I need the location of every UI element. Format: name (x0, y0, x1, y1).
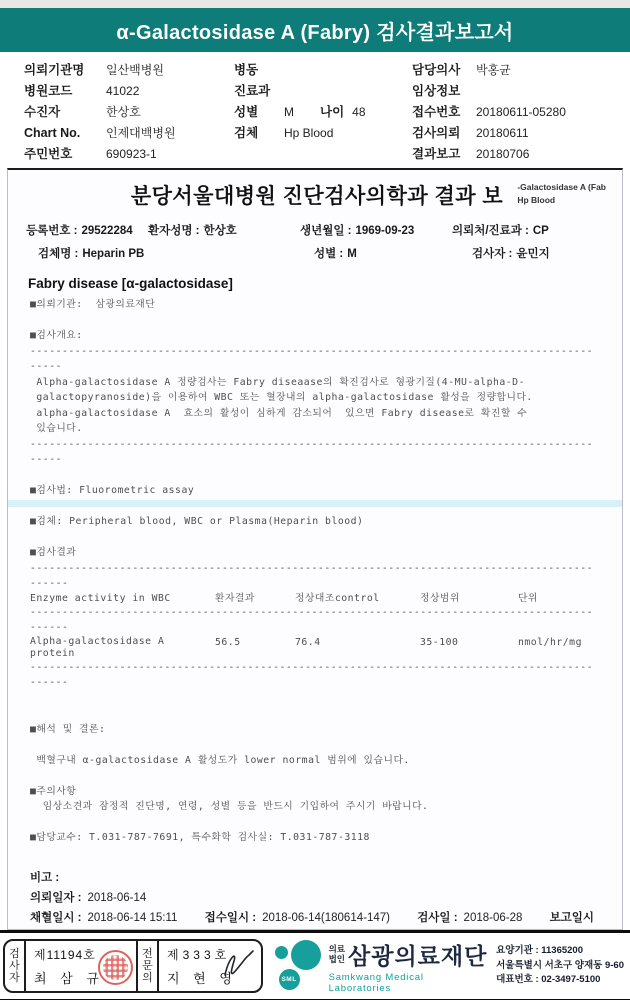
remark-row: 비고 : (30, 868, 608, 888)
info-row-sex-age: 성별M나이48 (234, 102, 412, 123)
info-row: 병동 (234, 60, 412, 81)
company-name: 삼광의료재단 (348, 938, 487, 971)
report-dates: 비고 : 의뢰일자 :2018-06-14 채혈일시 :2018-06-14 1… (26, 868, 608, 931)
sml-label: SML (279, 969, 300, 990)
scanned-report-paper: 분당서울대병원 진단검사의학과 결과 보 -Galactosidase A (F… (7, 168, 623, 930)
patient-sex: 성별 :M (300, 245, 452, 261)
company-contact: 요양기관 : 11365200 서울특별시 서초구 양재동 9-60 대표번호 … (496, 944, 624, 988)
result-patient-value: 56.5 (215, 636, 295, 649)
certification-box: 검사자 제11194호 최 삼 규 전문의 제333호 지 현 영 (3, 939, 263, 993)
info-row: 수진자한상호 (24, 102, 234, 123)
info-column-3: 담당의사박홍균 임상정보 접수번호20180611-05280 검사의뢰2018… (412, 60, 620, 164)
sml-molecule-icon: SML (273, 940, 323, 992)
table-rule: ----------------------------------------… (26, 561, 608, 592)
info-row: 담당의사박홍균 (412, 60, 620, 81)
info-row: 접수번호20180611-05280 (412, 102, 620, 123)
scan-artifact (8, 500, 622, 507)
info-row: 결과보고20180706 (412, 144, 620, 165)
page-top-margin (0, 0, 630, 8)
company-address: 서울특별시 서초구 양재동 9-60 (496, 959, 624, 974)
date-detail-row: 채혈일시 :2018-06-14 15:11 접수일시 :2018-06-14(… (30, 908, 608, 931)
patient-info-grid: 등록번호 :29522284 환자성명 :한상호 생년월일 :1969-09-2… (26, 222, 608, 261)
report-header-bar: α-Galactosidase A (Fabry) 검사결과보고서 (0, 8, 630, 52)
info-row: 검체Hp Blood (234, 123, 412, 144)
result-range-value: 35-100 (420, 636, 518, 649)
table-rule: ----------------------------------------… (26, 660, 608, 691)
care-org-number: 요양기관 : 11365200 (496, 944, 624, 959)
report-title: α-Galactosidase A (Fabry) 검사결과보고서 (116, 16, 513, 45)
specialist-cell: 제333호 지 현 영 (159, 941, 261, 991)
requisition-info: 의뢰기관명일산백병원 병원코드41022 수진자한상호 Chart No.인제대… (0, 52, 630, 164)
patient-dept: 의뢰처/진료과 :CP (452, 222, 608, 238)
patient-name: 환자성명 :한상호 (148, 222, 300, 238)
patient-reg-no: 등록번호 :29522284 (26, 222, 148, 238)
certification-bar: 검사자 제11194호 최 삼 규 전문의 제333호 지 현 영 SML 의료… (0, 930, 630, 1000)
info-row: Chart No.인제대백병원 (24, 123, 234, 144)
info-row: 주민번호690923-1 (24, 144, 234, 165)
table-rule: ----------------------------------------… (26, 605, 608, 636)
examiner-cell: 제11194호 최 삼 규 (26, 941, 138, 991)
company-block: 의료 법인 삼광의료재단 Samkwang Medical Laboratori… (329, 938, 489, 994)
report-body-top: ■의뢰기관: 삼광의료재단 ■검사개요: -------------------… (26, 297, 608, 561)
result-unit: nmol/hr/mg (518, 636, 608, 649)
col-test-name: Enzyme activity in WBC (30, 592, 215, 605)
info-row: 진료과 (234, 81, 412, 102)
org-type-label: 의료 법인 (329, 945, 345, 964)
signature-icon (219, 949, 257, 983)
spacer (148, 245, 300, 261)
patient-birth: 생년월일 :1969-09-23 (300, 222, 452, 238)
paper-title-note: -Galactosidase A (Fab Hp Blood (517, 181, 606, 207)
result-test-name: Alpha-galactosidase A protein (30, 636, 215, 660)
result-table-row: Alpha-galactosidase A protein 56.5 76.4 … (26, 636, 608, 660)
result-table-header: Enzyme activity in WBC 환자결과 정상대조control … (26, 592, 608, 605)
result-control-value: 76.4 (295, 636, 420, 649)
patient-specimen: 검체명 :Heparin PB (26, 245, 148, 261)
info-row: 병원코드41022 (24, 81, 234, 102)
info-row: 임상정보 (412, 81, 620, 102)
test-name-heading: Fabry disease [α-galactosidase] (28, 276, 608, 291)
paper-title: 분당서울대병원 진단검사의학과 결과 보 (131, 185, 503, 208)
col-unit: 단위 (518, 592, 608, 605)
patient-tester: 검사자 :윤민지 (452, 245, 608, 261)
examiner-label: 검사자 (5, 941, 26, 991)
specialist-label: 전문의 (138, 941, 159, 991)
info-column-2: 병동 진료과 성별M나이48 검체Hp Blood (234, 60, 412, 164)
company-phone: 대표번호 : 02-3497-5100 (496, 973, 624, 988)
company-name-en: Samkwang Medical Laboratories (329, 972, 489, 994)
col-patient-result: 환자결과 (215, 592, 295, 605)
paper-title-row: 분당서울대병원 진단검사의학과 결과 보 -Galactosidase A (F… (26, 180, 608, 210)
seal-stamp (98, 950, 133, 985)
request-date-row: 의뢰일자 :2018-06-14 (30, 888, 608, 908)
col-normal-control: 정상대조control (295, 592, 420, 605)
info-row: 검사의뢰20180611 (412, 123, 620, 144)
col-normal-range: 정상범위 (420, 592, 518, 605)
report-body-bottom: ■해석 및 결론: 백혈구내 α-galactosidase A 활성도가 lo… (26, 691, 608, 846)
info-column-1: 의뢰기관명일산백병원 병원코드41022 수진자한상호 Chart No.인제대… (24, 60, 234, 164)
info-row: 의뢰기관명일산백병원 (24, 60, 234, 81)
